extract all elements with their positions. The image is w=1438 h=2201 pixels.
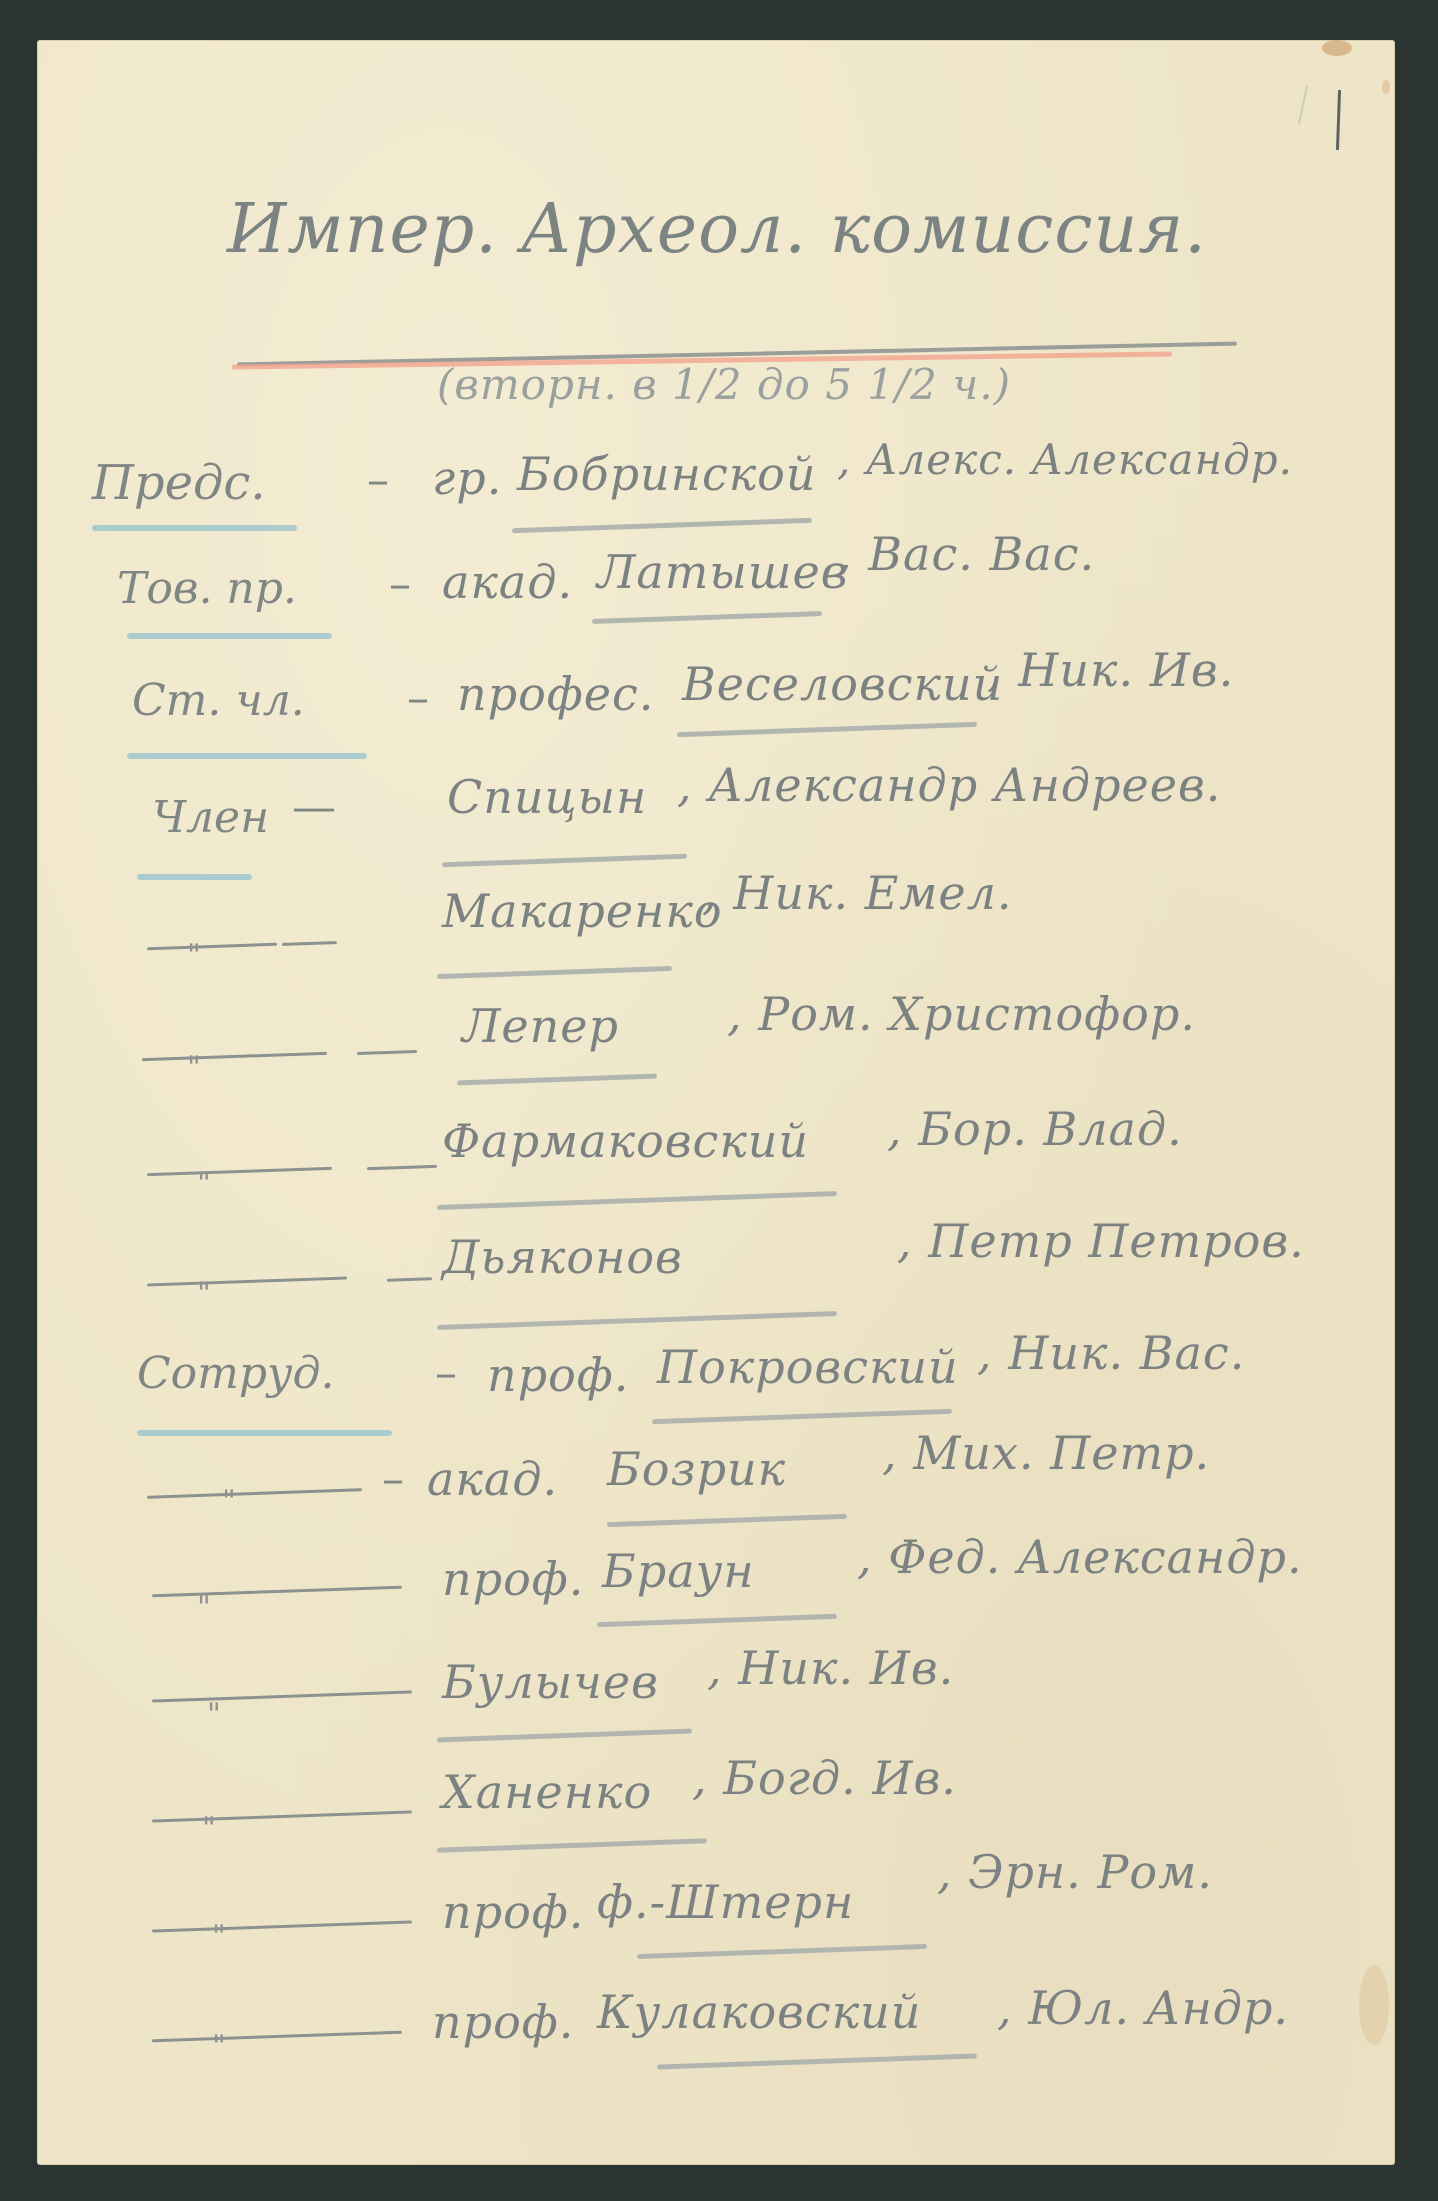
entry-given-names: , Эрн. Ром. <box>937 1845 1213 1899</box>
entry-surname: Веселовский <box>682 657 1003 711</box>
entry-surname: Булычев <box>442 1655 659 1709</box>
entry-surname: Макаренко <box>442 884 723 938</box>
list-item: " Фармаковский , Бор. Влад. <box>37 1110 1395 1200</box>
ditto-line <box>147 1167 332 1176</box>
dash-line <box>367 1165 437 1170</box>
faint-page-mark <box>1298 85 1308 125</box>
list-item: " проф. Кулаковский , Юл. Андр. <box>37 1975 1395 2065</box>
surname-underline <box>442 854 687 868</box>
entry-surname: Спицын <box>447 770 647 824</box>
entry-title: проф. <box>442 1552 584 1606</box>
ditto-mark: " <box>187 1050 201 1085</box>
list-item: " Макаренко , Ник. Емел. <box>37 880 1395 970</box>
surname-underline <box>437 966 672 979</box>
entry-dash: – <box>435 1348 457 1399</box>
entry-given-names: , Ник. Ив. <box>707 1641 954 1695</box>
entry-dash: — <box>292 782 336 833</box>
document-page: Импер. Археол. комиссия. (вторн. в 1/2 д… <box>37 40 1395 2165</box>
ditto-mark: " <box>202 1811 216 1846</box>
entry-title: акад. <box>442 555 573 609</box>
ditto-mark: " <box>212 1919 226 1954</box>
entry-surname: Фармаковский <box>442 1114 809 1168</box>
entry-role-label: Ст. чл. <box>132 675 305 726</box>
entry-role-label: Член <box>152 792 269 843</box>
list-item: Тов. пр. – акад. Латышев , Вас. Вас. <box>37 545 1395 635</box>
entry-role-label: Сотруд. <box>137 1348 334 1399</box>
list-item: " – акад. Бозрик , Мих. Петр. <box>37 1430 1395 1520</box>
list-item: " проф. ф.-Штерн , Эрн. Ром. <box>37 1865 1395 1955</box>
surname-underline <box>592 611 822 624</box>
surname-underline <box>437 1311 837 1330</box>
document-title: Импер. Археол. комиссия. <box>227 190 1207 269</box>
surname-underline <box>597 1614 837 1627</box>
surname-underline <box>637 1944 927 1959</box>
entry-surname: ф.-Штерн <box>597 1875 854 1929</box>
list-item: " Булычев , Ник. Ив. <box>37 1645 1395 1735</box>
ditto-mark: " <box>187 938 201 973</box>
surname-underline <box>457 1074 657 1086</box>
list-item: " Дьяконов , Петр Петров. <box>37 1220 1395 1310</box>
ditto-line <box>147 943 277 951</box>
surname-underline <box>437 1191 837 1210</box>
ditto-line <box>147 1488 362 1499</box>
ditto-line <box>152 2031 402 2043</box>
entry-dash: – <box>382 1454 404 1505</box>
ditto-line <box>142 1052 327 1061</box>
ditto-mark: " <box>197 1276 211 1311</box>
entry-given-names: , Ник. Емел. <box>702 866 1013 920</box>
entry-surname: Дьяконов <box>442 1230 683 1284</box>
entry-given-names: , Мих. Петр. <box>882 1426 1210 1480</box>
entry-given-names: , Ром. Христофор. <box>727 987 1196 1041</box>
entry-surname: Ханенко <box>442 1765 652 1819</box>
surname-underline <box>657 2053 977 2069</box>
list-item: Ст. чл. – профес. Веселовский , Ник. Ив. <box>37 645 1395 735</box>
surname-underline <box>677 722 977 737</box>
entry-given-names: , Богд. Ив. <box>692 1751 957 1805</box>
ditto-line <box>152 1690 412 1702</box>
list-item: " Лепер , Ром. Христофор. <box>37 995 1395 1085</box>
ditto-mark: " <box>212 2029 226 2064</box>
entry-role-label: Тов. пр. <box>117 563 297 614</box>
list-item: Член — Спицын , Александр Андреев. <box>37 770 1395 860</box>
surname-underline <box>652 1409 952 1424</box>
entry-surname: Лепер <box>462 999 619 1053</box>
role-underline <box>127 633 332 639</box>
ditto-mark: " <box>197 1590 211 1625</box>
dash-line <box>357 1050 417 1055</box>
entry-surname: Бобринской <box>517 447 817 501</box>
ditto-mark: " <box>207 1697 221 1732</box>
entry-surname: Браун <box>602 1544 755 1598</box>
ditto-line <box>152 1586 402 1598</box>
surname-underline <box>437 1838 707 1852</box>
entry-surname: Кулаковский <box>597 1985 921 2039</box>
role-underline <box>127 753 367 759</box>
ditto-line <box>152 1920 412 1932</box>
entry-dash: – <box>407 673 429 724</box>
entry-given-names: , Бор. Влад. <box>887 1102 1183 1156</box>
entry-given-names: , Александр Андреев. <box>677 758 1221 812</box>
entry-given-names: , Алекс. Александр. <box>837 435 1293 484</box>
page-number-mark <box>1336 90 1341 150</box>
ditto-mark: " <box>222 1484 236 1519</box>
entry-given-names: , Юл. Андр. <box>997 1981 1289 2035</box>
entry-title: проф. <box>432 1995 574 2049</box>
entry-title: акад. <box>427 1452 558 1506</box>
list-item: " проф. Браун , Фед. Александр. <box>37 1540 1395 1630</box>
list-item: " Ханенко , Богд. Ив. <box>37 1755 1395 1845</box>
entry-role-label: Предс. <box>92 455 266 511</box>
entry-surname: Латышев <box>597 545 848 599</box>
entry-given-names: , Ник. Вас. <box>977 1326 1245 1380</box>
ditto-mark: " <box>197 1166 211 1201</box>
document-subtitle: (вторн. в 1/2 до 5 1/2 ч.) <box>437 360 1011 409</box>
ditto-line <box>147 1277 347 1287</box>
entry-dash: – <box>389 559 411 610</box>
entry-given-names: , Фед. Александр. <box>857 1530 1303 1584</box>
stain <box>1382 80 1390 94</box>
entry-title: проф. <box>442 1885 584 1939</box>
entry-surname: Бозрик <box>607 1442 786 1496</box>
entry-title: гр. <box>432 451 502 505</box>
entry-title: проф. <box>487 1348 629 1402</box>
entry-given-names: , Петр Петров. <box>897 1214 1305 1268</box>
stain <box>1322 40 1352 56</box>
surname-underline <box>607 1514 847 1527</box>
surname-underline <box>437 1729 692 1743</box>
role-underline <box>92 525 297 531</box>
entry-given-names: , Ник. Ив. <box>987 643 1234 697</box>
dash-line <box>387 1277 432 1282</box>
ditto-line <box>152 1810 412 1822</box>
entry-dash: – <box>367 455 389 506</box>
entry-title: профес. <box>457 667 654 721</box>
entry-surname: Покровский <box>657 1340 959 1394</box>
entry-given-names: , Вас. Вас. <box>837 527 1095 581</box>
surname-underline <box>512 518 812 533</box>
list-item: Предс. – гр. Бобринской , Алекс. Алексан… <box>37 445 1395 535</box>
list-item: Сотруд. – проф. Покровский , Ник. Вас. <box>37 1330 1395 1420</box>
dash-line <box>282 941 337 946</box>
